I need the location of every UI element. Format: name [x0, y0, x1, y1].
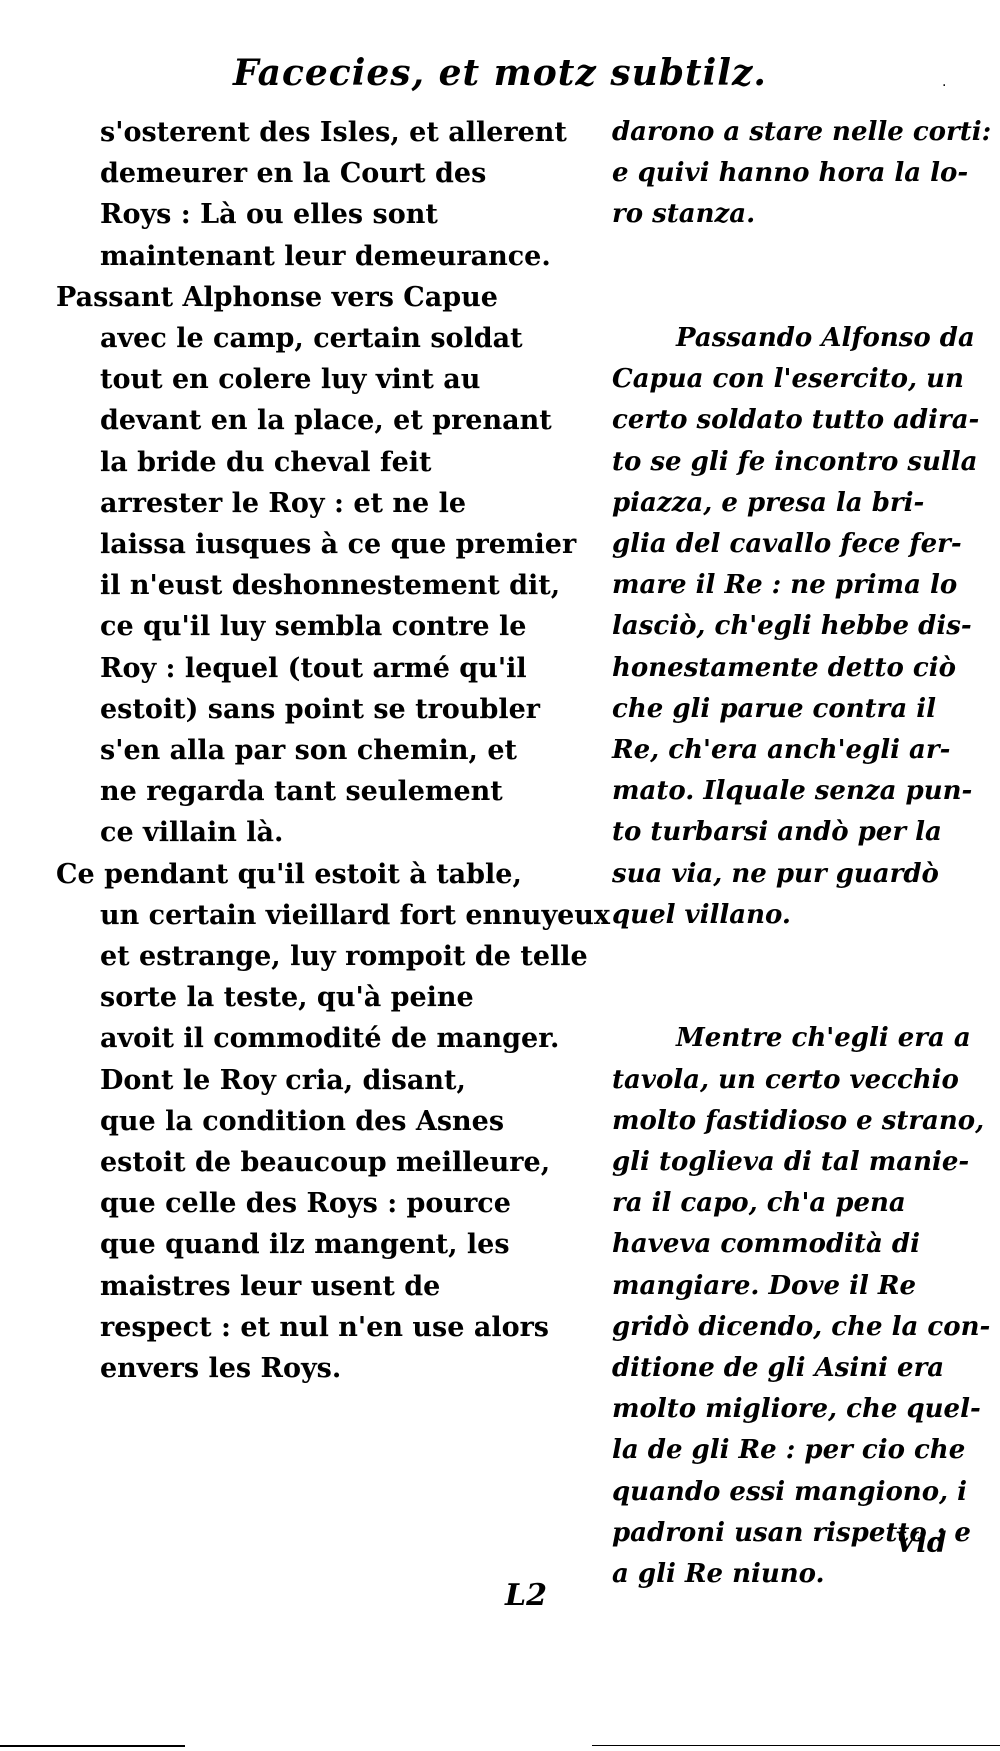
text-line: que la condition des Asnes: [56, 1101, 596, 1142]
text-line: estoit de beaucoup meilleure,: [56, 1142, 596, 1183]
corner-mark: ·: [942, 78, 946, 94]
text-line: ro stanza.: [612, 194, 1000, 235]
text-line: piazza, e presa la bri-: [612, 483, 1000, 524]
text-line: s'osterent des Isles, et allerent: [56, 112, 596, 153]
text-line: e quivi hanno hora la lo-: [612, 153, 1000, 194]
text-line: quel villano.: [612, 895, 1000, 936]
text-line: avoit il commodité de manger.: [56, 1018, 596, 1059]
text-line: ditione de gli Asini era: [612, 1348, 1000, 1389]
text-line: gridò dicendo, che la con-: [612, 1307, 1000, 1348]
text-line: quando essi mangiono, i: [612, 1472, 1000, 1513]
text-line: Roy : lequel (tout armé qu'il: [56, 648, 596, 689]
text-line: ne regarda tant seulement: [56, 771, 596, 812]
text-line: respect : et nul n'en use alors: [56, 1307, 596, 1348]
paragraph-gap: [612, 977, 1000, 1018]
text-line: Ce pendant qu'il estoit à table,: [56, 854, 596, 895]
text-line: Passando Alfonso da: [612, 318, 1000, 359]
text-line: ce villain là.: [56, 812, 596, 853]
paragraph-gap: [612, 936, 1000, 977]
text-line: Passant Alphonse vers Capue: [56, 277, 596, 318]
text-line: arrester le Roy : et ne le: [56, 483, 596, 524]
text-line: laissa iusques à ce que premier: [56, 524, 596, 565]
french-column: s'osterent des Isles, et allerent demeur…: [56, 112, 596, 1389]
text-line: que quand ilz mangent, les: [56, 1224, 596, 1265]
text-line: mare il Re : ne prima lo: [612, 565, 1000, 606]
scan-edge-rule-left: [0, 1745, 185, 1747]
text-line: sorte la teste, qu'à peine: [56, 977, 596, 1018]
scan-edge-rule-right: [592, 1745, 1000, 1746]
text-line: glia del cavallo fece fer-: [612, 524, 1000, 565]
text-line: il n'eust deshonnestement dit,: [56, 565, 596, 606]
text-line: la bride du cheval feit: [56, 442, 596, 483]
text-line: la de gli Re : per cio che: [612, 1430, 1000, 1471]
text-line: que celle des Roys : pource: [56, 1183, 596, 1224]
text-line: Capua con l'esercito, un: [612, 359, 1000, 400]
text-line: Dont le Roy cria, disant,: [56, 1060, 596, 1101]
italian-column: darono a stare nelle corti: e quivi hann…: [612, 112, 1000, 1595]
text-line: molto migliore, che quel-: [612, 1389, 1000, 1430]
text-line: et estrange, luy rompoit de telle: [56, 936, 596, 977]
text-line: che gli parue contra il: [612, 689, 1000, 730]
text-line: to se gli fe incontro sulla: [612, 442, 1000, 483]
text-line: estoit) sans point se troubler: [56, 689, 596, 730]
paragraph-gap: [612, 277, 1000, 318]
book-page: Facecies, et motz subtilz. · s'osterent …: [0, 0, 1000, 1751]
text-line: a gli Re niuno.: [612, 1554, 1000, 1595]
text-line: honestamente detto ciò: [612, 648, 1000, 689]
text-line: devant en la place, et prenant: [56, 400, 596, 441]
text-line: Roys : Là ou elles sont: [56, 194, 596, 235]
text-line: mangiare. Dove il Re: [612, 1266, 1000, 1307]
catchword: Vid: [895, 1526, 946, 1559]
text-line: mato. Ilquale senza pun-: [612, 771, 1000, 812]
text-line: darono a stare nelle corti:: [612, 112, 1000, 153]
text-line: maistres leur usent de: [56, 1266, 596, 1307]
text-line: lasciò, ch'egli hebbe dis-: [612, 606, 1000, 647]
text-line: envers les Roys.: [56, 1348, 596, 1389]
text-line: ra il capo, ch'a pena: [612, 1183, 1000, 1224]
text-line: s'en alla par son chemin, et: [56, 730, 596, 771]
text-line: molto fastidioso e strano,: [612, 1101, 1000, 1142]
text-line: certo soldato tutto adira-: [612, 400, 1000, 441]
text-line: avec le camp, certain soldat: [56, 318, 596, 359]
text-line: ce qu'il luy sembla contre le: [56, 606, 596, 647]
text-line: un certain vieillard fort ennuyeux: [56, 895, 596, 936]
text-line: to turbarsi andò per la: [612, 812, 1000, 853]
text-line: demeurer en la Court des: [56, 153, 596, 194]
running-head: Facecies, et motz subtilz.: [0, 52, 1000, 94]
text-line: tavola, un certo vecchio: [612, 1060, 1000, 1101]
text-line: Re, ch'era anch'egli ar-: [612, 730, 1000, 771]
signature-mark: L2: [505, 1578, 547, 1613]
text-line: sua via, ne pur guardò: [612, 854, 1000, 895]
text-line: Mentre ch'egli era a: [612, 1018, 1000, 1059]
text-line: maintenant leur demeurance.: [56, 236, 596, 277]
text-line: tout en colere luy vint au: [56, 359, 596, 400]
text-line: gli toglieva di tal manie-: [612, 1142, 1000, 1183]
paragraph-gap: [612, 236, 1000, 277]
text-line: haveva commodità di: [612, 1224, 1000, 1265]
